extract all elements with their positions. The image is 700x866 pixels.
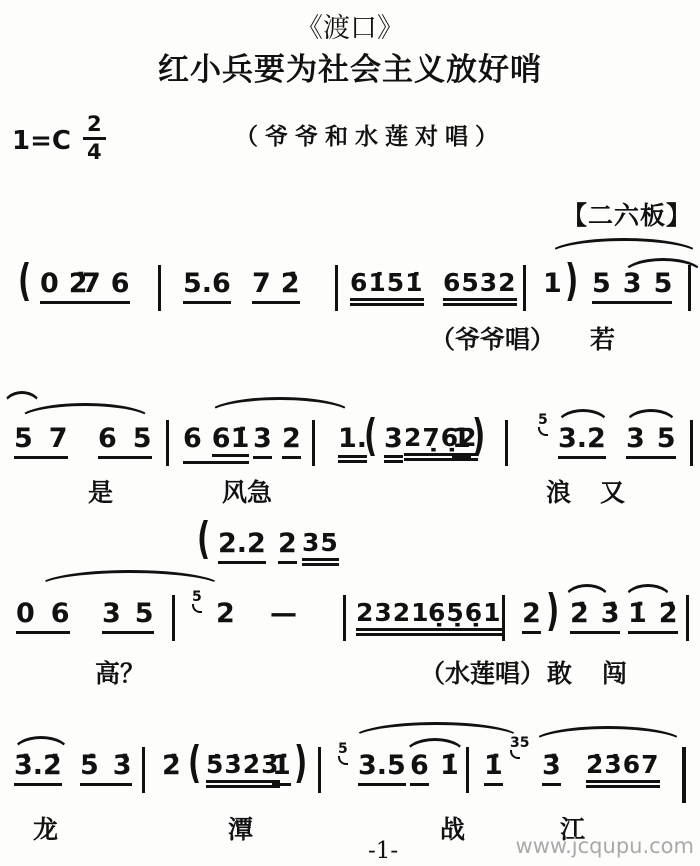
note-group: 0 2̇ (40, 270, 88, 304)
note: 3.5 (358, 752, 406, 779)
note: 2̇ (659, 600, 678, 627)
note: 35 (302, 530, 339, 555)
note: 1̇ (628, 600, 647, 627)
slur-arc (2, 391, 42, 408)
note: 2̇ (281, 270, 300, 297)
note-group: 2̇ 3̇ (570, 600, 620, 634)
barline (505, 420, 508, 466)
system-2: 5 7 6 5 6 61̇ 3 2 1. ( 3 27̣6̣2 1 (0, 425, 700, 535)
note: 1̇ (484, 752, 503, 779)
note-group: 7 2̇ (252, 270, 300, 304)
note: 5 (14, 425, 33, 452)
note-group: 6̣5̣6̣1 (428, 600, 502, 636)
note: 5̇ (80, 752, 99, 779)
note-group: 5̇ 3̇ (80, 752, 132, 786)
barline (312, 420, 315, 466)
note: 1̇ (272, 752, 291, 779)
note-group: 5.6 (183, 270, 231, 304)
open-paren: ( (364, 414, 377, 458)
meter-denominator: 4 (87, 140, 102, 163)
note-group: 2 (282, 425, 301, 459)
slur-arc (352, 722, 521, 739)
barline (466, 747, 469, 793)
open-paren: ( (188, 741, 201, 785)
barline (318, 747, 321, 793)
close-paren: ) (472, 414, 485, 458)
note: 6 (410, 752, 429, 779)
note: 3.2 (558, 425, 606, 452)
note: 6 (111, 270, 130, 297)
note: 7 (49, 425, 68, 452)
note-group: 5 7 (14, 425, 68, 459)
note: 61̇51̇ (350, 270, 424, 295)
barline (686, 595, 689, 641)
note: 2 (282, 425, 301, 452)
note: 2.2 (218, 530, 266, 557)
barline (523, 265, 526, 311)
note: 3̇ (542, 752, 561, 779)
note: 6 (98, 425, 117, 452)
barline (158, 265, 161, 311)
lyric: 浪 (546, 473, 571, 509)
note: 3̇.2̇ (14, 752, 62, 779)
note: 2 (278, 530, 297, 557)
page-number: -1- (368, 838, 398, 864)
note: 2321 (356, 600, 430, 625)
barline (172, 595, 175, 641)
lyric: 是 (88, 473, 113, 509)
note: 7 (82, 270, 101, 297)
note-group: 2 (278, 530, 297, 564)
lyric: 风急 (222, 473, 272, 509)
slur-arc (208, 397, 352, 414)
key-label: 1=C (12, 126, 71, 156)
open-paren: ( (18, 259, 31, 303)
note-group: 3 (384, 425, 403, 463)
note: 6532 (443, 270, 517, 295)
note-group: 6 5 (98, 425, 152, 459)
note-group: 6 (410, 752, 429, 786)
song-title: 红小兵要为社会主义放好哨 (0, 44, 700, 89)
note: 1. (338, 425, 367, 452)
lyric: 高？ (95, 654, 145, 690)
system-1: ( 0 2̇ 7 6 5.6 7 2̇ 61̇51̇ 6532 1 ) 5 3 (0, 270, 700, 380)
note: 2̇ (162, 752, 181, 779)
note: 5.6 (183, 270, 231, 297)
note-group: 1. (338, 425, 367, 463)
note: 3̇ (601, 600, 620, 627)
lyric: 战 (440, 810, 465, 846)
note: 2 (522, 600, 541, 627)
system-3: ( 2.2 2 35 0 6 3 5 5 2 — 2321 6̣5̣6̣1 (0, 600, 700, 710)
note-group: 2̇3̇67 (586, 752, 660, 788)
lyric: 敢 (547, 654, 572, 690)
slur-arc (532, 726, 684, 743)
lyric: 又 (600, 473, 625, 509)
note-group: 5 3 5 (592, 270, 672, 304)
lyric: 龙 (33, 810, 58, 846)
note-group: 7 6 (82, 270, 130, 304)
barline (166, 420, 169, 466)
note: 61̇ (212, 425, 250, 457)
note-group: 3 (253, 425, 272, 459)
note: 2̇ (570, 600, 589, 627)
close-paren: ) (565, 259, 578, 303)
note: 3 (102, 600, 121, 627)
dash: — (270, 600, 297, 627)
barline (142, 747, 145, 793)
key-signature: 1=C 2 4 (12, 118, 106, 163)
barline (690, 420, 693, 466)
note: 3 (623, 270, 642, 297)
note-group: 5̇3̇2̇3̇ (206, 752, 280, 788)
barline (335, 265, 338, 311)
open-paren: ( (197, 517, 210, 561)
slur-arc (38, 570, 222, 587)
banshi-label: 【二六板】 (562, 196, 692, 232)
note-group: 3̇ (542, 752, 561, 786)
grace-note: 5 (538, 413, 548, 436)
note-group: 1 (452, 425, 471, 459)
meter-numerator: 2 (83, 114, 106, 140)
lyric: 闯 (602, 654, 627, 690)
note-group: 3 5 (626, 425, 676, 459)
note-group: 2 (522, 600, 541, 634)
note-group: 3̇.2̇ (14, 752, 62, 786)
grace-note: 5 (338, 742, 348, 765)
work-title: 《渡口》 (0, 6, 700, 45)
note-group: 6532 (443, 270, 517, 306)
note-group: 1̇ (272, 752, 291, 786)
note: 5 (135, 600, 154, 627)
lyric: 潭 (228, 810, 253, 846)
note: 3̇ (113, 752, 132, 779)
note: 1 (543, 270, 562, 297)
note: 3 (626, 425, 645, 452)
note: 0 (40, 270, 59, 297)
note-group: 6 61̇ (183, 425, 249, 464)
barline (688, 265, 691, 311)
note: 6 (183, 425, 202, 452)
lyric: （水莲唱） (420, 654, 545, 690)
performers-note: （爷爷和水莲对唱） (235, 118, 505, 151)
lyric: 若 (590, 320, 615, 356)
note-group: 2321 (356, 600, 430, 636)
note: 5 (654, 270, 673, 297)
final-barline (682, 747, 686, 803)
note: 6 (51, 600, 70, 627)
close-paren: ) (294, 741, 307, 785)
note: 1̇ (440, 752, 459, 779)
note: 1 (452, 425, 471, 452)
note: 3 (253, 425, 272, 452)
note: 3 (384, 425, 403, 452)
note: 5 (657, 425, 676, 452)
barline (502, 595, 505, 641)
note-group: 2.2 (218, 530, 266, 564)
note: 0 (16, 600, 35, 627)
lyric: （爷爷唱） (430, 320, 555, 356)
note: 2̇3̇67 (586, 752, 660, 777)
time-signature: 2 4 (83, 114, 106, 163)
note-group: 61̇51̇ (350, 270, 424, 306)
note-group: 3.2 (558, 425, 606, 459)
note-group: 1̇ (484, 752, 503, 786)
note: 5̇3̇2̇3̇ (206, 752, 280, 777)
note-group: 1̇ 2̇ (628, 600, 678, 634)
note: 7 (252, 270, 271, 297)
grace-note: 5 (192, 590, 202, 613)
note: 2 (216, 600, 235, 627)
note: 5 (592, 270, 611, 297)
barline (343, 595, 346, 641)
note: 6̣5̣6̣1 (428, 600, 502, 625)
note: 5 (133, 425, 152, 452)
note-group: 3 5 (102, 600, 154, 634)
grace-note: 35 (510, 736, 529, 759)
note-group: 35 (302, 530, 339, 566)
close-paren: ) (546, 589, 559, 633)
slur-arc (548, 238, 700, 255)
watermark: www.jcqupu.com (516, 834, 694, 858)
note-group: 0 6 (16, 600, 70, 634)
note-group: 3.5 (358, 752, 406, 786)
